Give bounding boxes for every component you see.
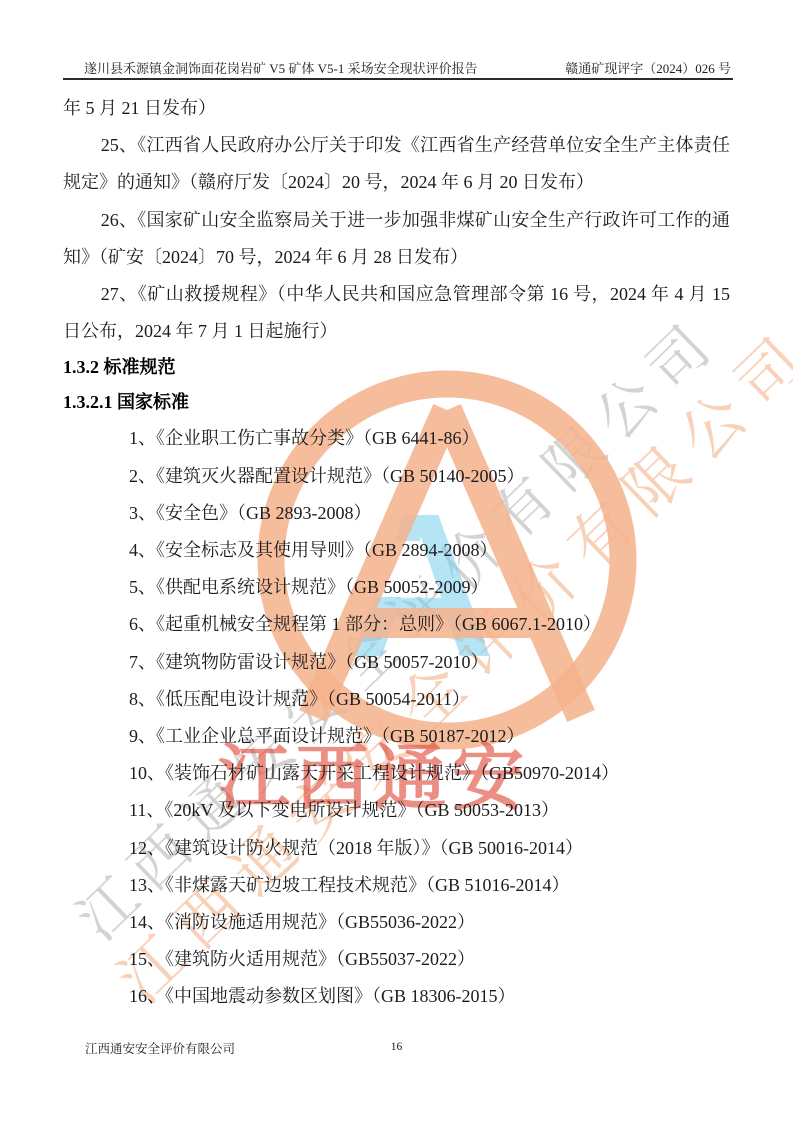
continuation-line: 年 5 月 21 日发布） bbox=[63, 90, 730, 127]
section-heading: 1.3.2 标准规范 bbox=[63, 350, 730, 384]
standard-item: 4、《安全标志及其使用导则》（GB 2894-2008） bbox=[63, 532, 730, 569]
paragraph-26: 26、《国家矿山安全监察局关于进一步加强非煤矿山安全生产行政许可工作的通知》（矿… bbox=[63, 202, 730, 276]
standard-item: 15、《建筑防火适用规范》（GB55037-2022） bbox=[63, 941, 730, 978]
document-body: 年 5 月 21 日发布） 25、《江西省人民政府办公厅关于印发《江西省生产经营… bbox=[63, 90, 730, 1016]
standard-item: 5、《供配电系统设计规范》（GB 50052-2009） bbox=[63, 569, 730, 606]
paragraph-27: 27、《矿山救援规程》（中华人民共和国应急管理部令第 16 号，2024 年 4… bbox=[63, 276, 730, 350]
standard-item: 12、《建筑设计防火规范（2018 年版）》（GB 50016-2014） bbox=[63, 830, 730, 867]
standard-item: 16、《中国地震动参数区划图》（GB 18306-2015） bbox=[63, 978, 730, 1015]
document-page: 江西通安安全评价有限公司 江西通安安全评价有限公司 A 江西通安 遂川县禾源镇金… bbox=[0, 0, 793, 1122]
header-document-number: 赣通矿现评字（2024）026 号 bbox=[565, 58, 731, 77]
standard-item: 6、《起重机械安全规程第 1 部分：总则》（GB 6067.1-2010） bbox=[63, 606, 730, 643]
standard-item: 8、《低压配电设计规范》（GB 50054-2011） bbox=[63, 681, 730, 718]
standard-item: 2、《建筑灭火器配置设计规范》（GB 50140-2005） bbox=[63, 458, 730, 495]
standard-item: 7、《建筑物防雷设计规范》（GB 50057-2010） bbox=[63, 644, 730, 681]
page-header: 遂川县禾源镇金洞饰面花岗岩矿 V5 矿体 V5-1 采场安全现状评价报告 赣通矿… bbox=[63, 0, 733, 80]
paragraph-25: 25、《江西省人民政府办公厅关于印发《江西省生产经营单位安全生产主体责任规定》的… bbox=[63, 127, 730, 201]
standard-item: 11、《20kV 及以下变电所设计规范》（GB 50053-2013） bbox=[63, 792, 730, 829]
standard-item: 13、《非煤露天矿边坡工程技术规范》（GB 51016-2014） bbox=[63, 867, 730, 904]
standard-item: 9、《工业企业总平面设计规范》（GB 50187-2012） bbox=[63, 718, 730, 755]
standard-item: 10、《装饰石材矿山露天开采工程设计规范》（GB50970-2014） bbox=[63, 755, 730, 792]
standard-item: 14、《消防设施适用规范》（GB55036-2022） bbox=[63, 904, 730, 941]
subsection-heading: 1.3.2.1 国家标准 bbox=[63, 384, 730, 420]
footer-page-number: 16 bbox=[0, 1041, 793, 1053]
standard-item: 3、《安全色》（GB 2893-2008） bbox=[63, 495, 730, 532]
header-report-title: 遂川县禾源镇金洞饰面花岗岩矿 V5 矿体 V5-1 采场安全现状评价报告 bbox=[84, 58, 478, 77]
standard-item: 1、《企业职工伤亡事故分类》（GB 6441-86） bbox=[63, 420, 730, 457]
